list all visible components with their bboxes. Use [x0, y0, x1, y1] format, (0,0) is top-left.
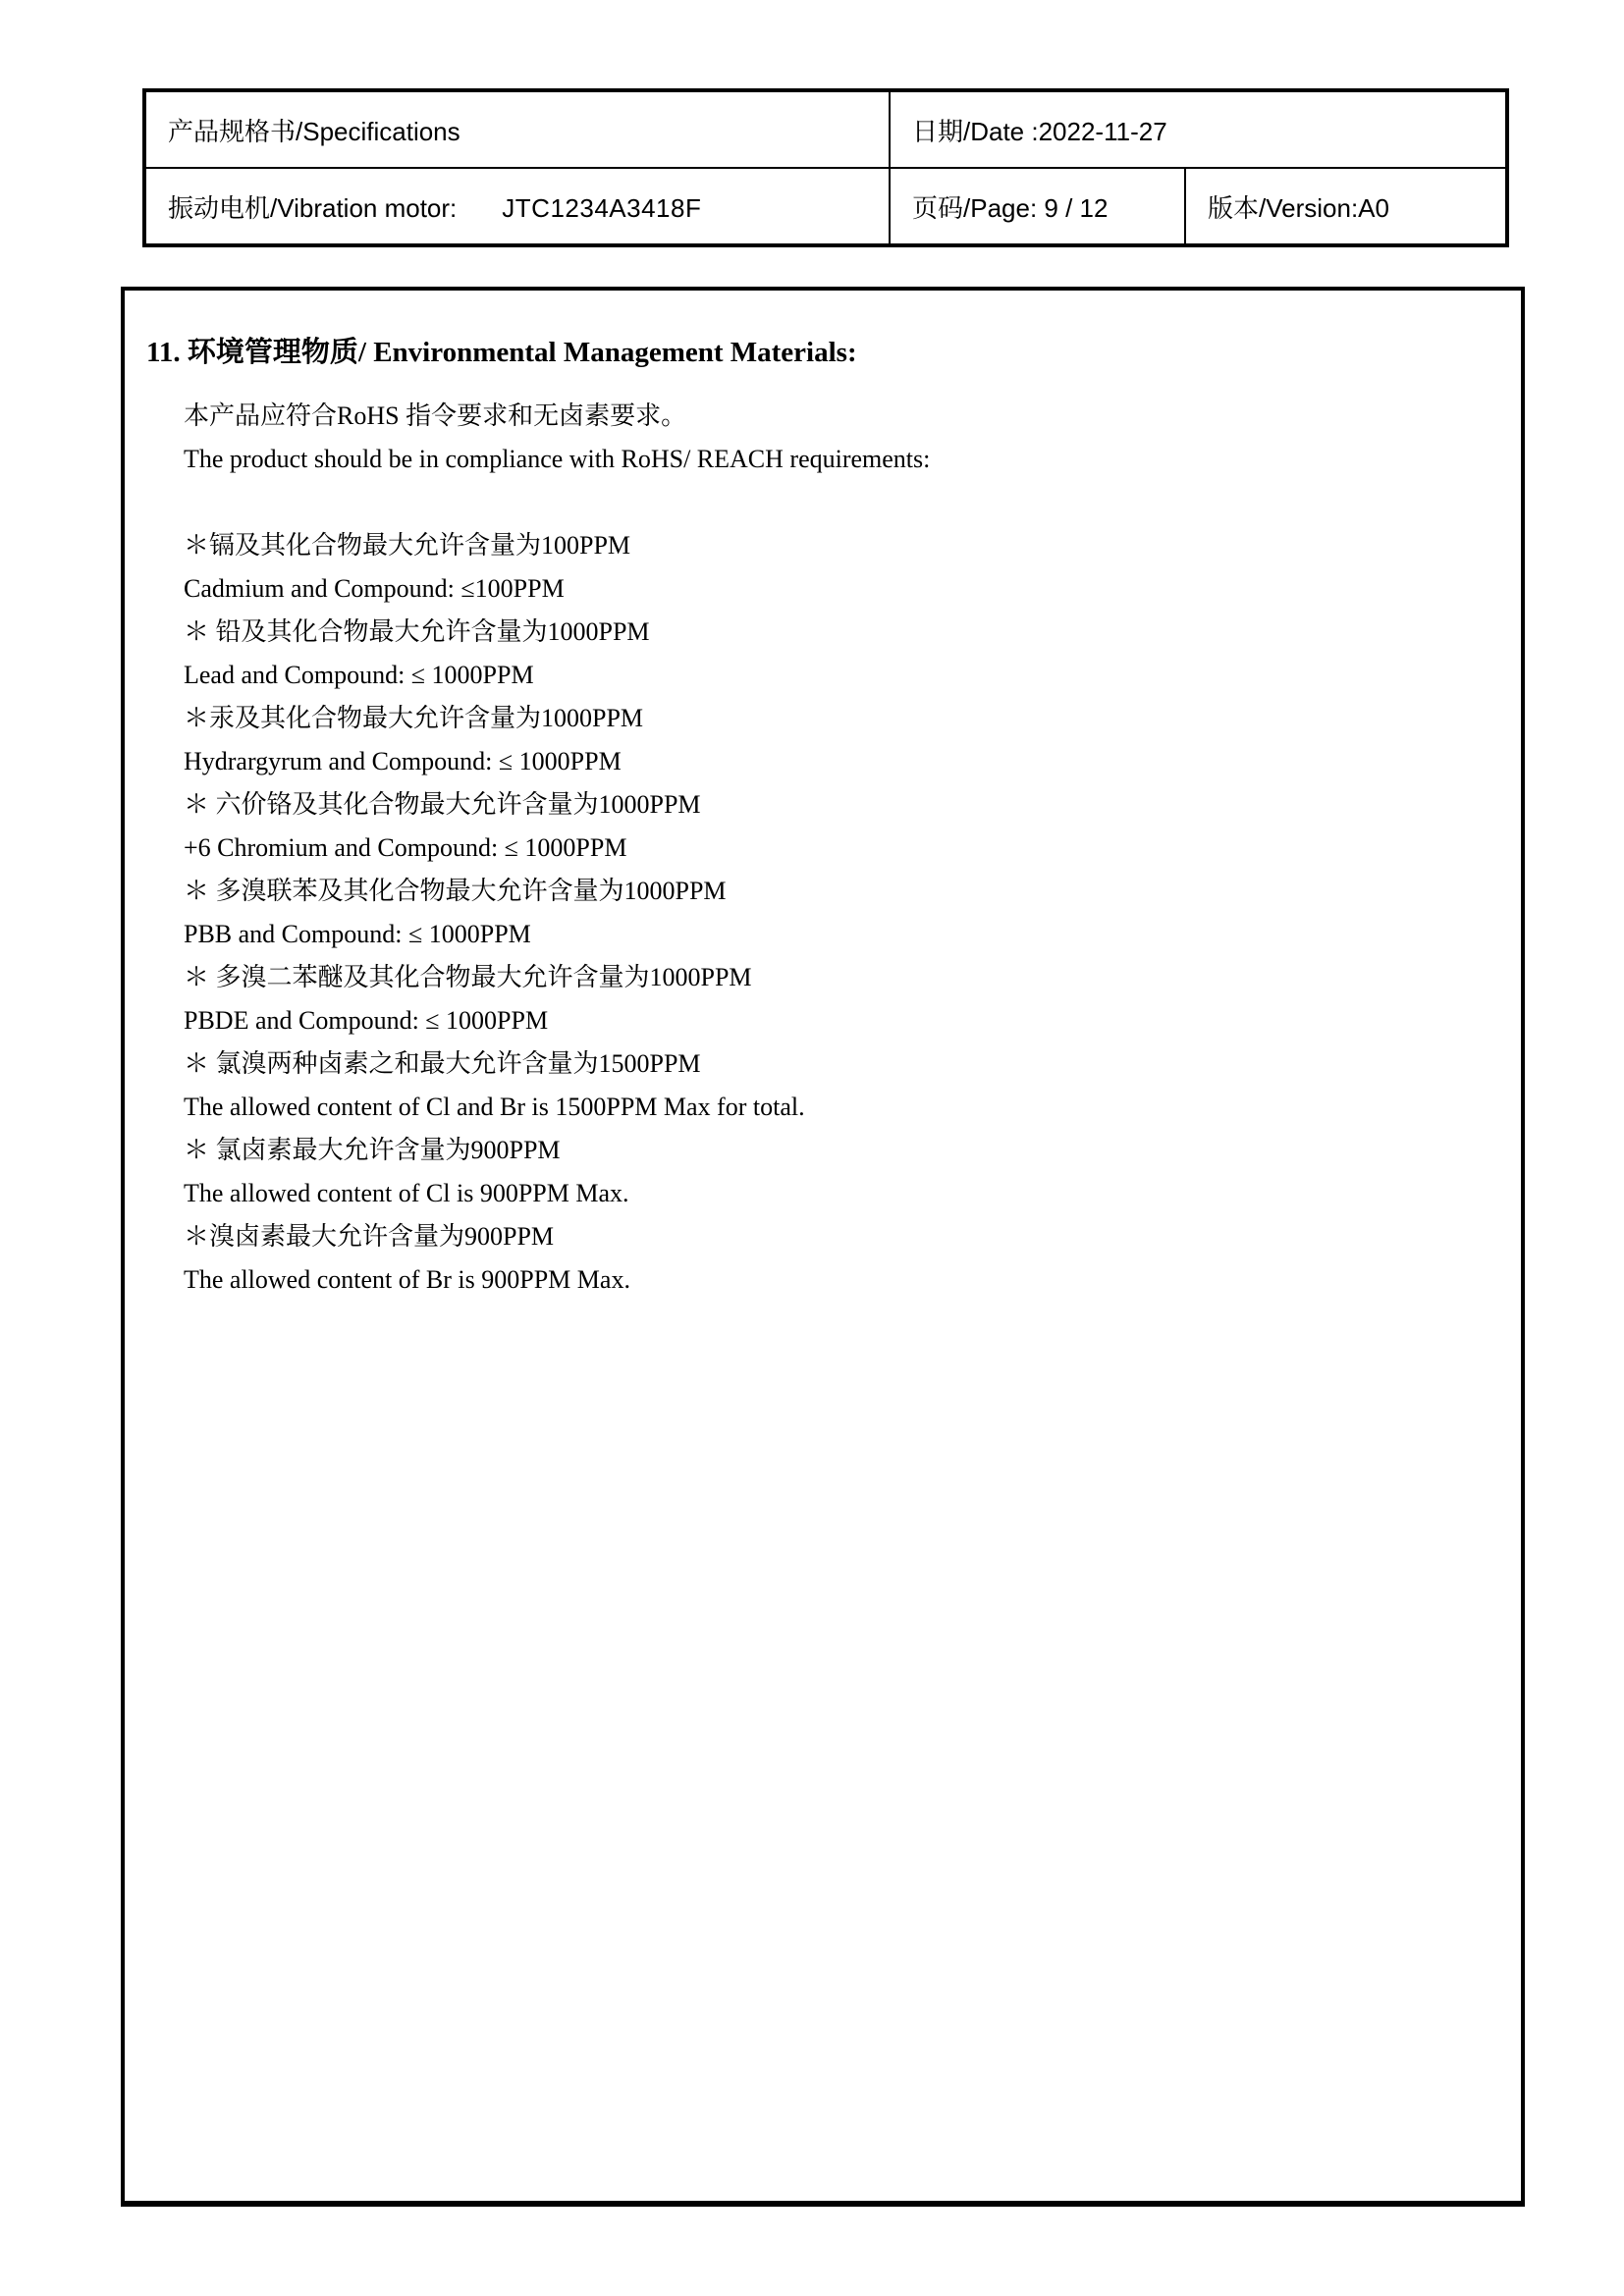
requirements-list: ＊镉及其化合物最大允许含量为100PPM Cadmium and Compoun…	[184, 524, 1521, 1302]
version-cell: 版本/Version:A0	[1185, 168, 1507, 245]
spec-header-table: 产品规格书/Specifications 日期/Date :2022-11-27…	[142, 88, 1509, 247]
requirement-en-lead: Lead and Compound: ≤ 1000PPM	[184, 654, 1521, 697]
requirement-en-cadmium: Cadmium and Compound: ≤100PPM	[184, 567, 1521, 611]
requirement-en-br: The allowed content of Br is 900PPM Max.	[184, 1258, 1521, 1302]
content-frame: 11. 环境管理物质/ Environmental Management Mat…	[121, 287, 1525, 2207]
doc-title-cell: 产品规格书/Specifications	[144, 90, 890, 168]
product-cell: 振动电机/Vibration motor:JTC1234A3418F	[144, 168, 890, 245]
requirement-zh-mercury: ＊汞及其化合物最大允许含量为1000PPM	[184, 697, 1521, 740]
requirement-en-pbde: PBDE and Compound: ≤ 1000PPM	[184, 999, 1521, 1042]
requirement-zh-pbb: ＊ 多溴联苯及其化合物最大允许含量为1000PPM	[184, 870, 1521, 913]
requirement-zh-chromium: ＊ 六价铬及其化合物最大允许含量为1000PPM	[184, 783, 1521, 827]
requirement-zh-pbde: ＊ 多溴二苯醚及其化合物最大允许含量为1000PPM	[184, 956, 1521, 999]
page-cell: 页码/Page: 9 / 12	[890, 168, 1185, 245]
requirement-zh-cl: ＊ 氯卤素最大允许含量为900PPM	[184, 1129, 1521, 1172]
requirement-en-cl-br: The allowed content of Cl and Br is 1500…	[184, 1086, 1521, 1129]
requirement-zh-cl-br: ＊ 氯溴两种卤素之和最大允许含量为1500PPM	[184, 1042, 1521, 1086]
requirement-en-chromium: +6 Chromium and Compound: ≤ 1000PPM	[184, 827, 1521, 870]
header-row-1: 产品规格书/Specifications 日期/Date :2022-11-27	[144, 90, 1507, 168]
doc-title: 产品规格书/Specifications	[168, 117, 460, 146]
requirement-zh-br: ＊溴卤素最大允许含量为900PPM	[184, 1215, 1521, 1258]
version-label: 版本/Version:A0	[1208, 193, 1389, 223]
section-body: 本产品应符合RoHS 指令要求和无卤素要求。 The product shoul…	[184, 395, 1521, 1302]
product-model: JTC1234A3418F	[502, 193, 701, 223]
requirement-en-mercury: Hydrargyrum and Compound: ≤ 1000PPM	[184, 740, 1521, 783]
requirement-en-pbb: PBB and Compound: ≤ 1000PPM	[184, 913, 1521, 956]
document-page: 产品规格书/Specifications 日期/Date :2022-11-27…	[0, 0, 1624, 2296]
requirement-zh-cadmium: ＊镉及其化合物最大允许含量为100PPM	[184, 524, 1521, 567]
date-cell: 日期/Date :2022-11-27	[890, 90, 1507, 168]
requirement-en-cl: The allowed content of Cl is 900PPM Max.	[184, 1172, 1521, 1215]
date-label: 日期/Date :2022-11-27	[912, 117, 1167, 146]
header-row-2: 振动电机/Vibration motor:JTC1234A3418F 页码/Pa…	[144, 168, 1507, 245]
product-label: 振动电机/Vibration motor:	[168, 193, 457, 223]
section-title: 11. 环境管理物质/ Environmental Management Mat…	[146, 334, 1521, 371]
requirement-zh-lead: ＊ 铅及其化合物最大允许含量为1000PPM	[184, 611, 1521, 654]
intro-line-zh: 本产品应符合RoHS 指令要求和无卤素要求。	[184, 395, 1521, 438]
page-label: 页码/Page: 9 / 12	[912, 193, 1108, 223]
intro-line-en: The product should be in compliance with…	[184, 438, 1521, 481]
